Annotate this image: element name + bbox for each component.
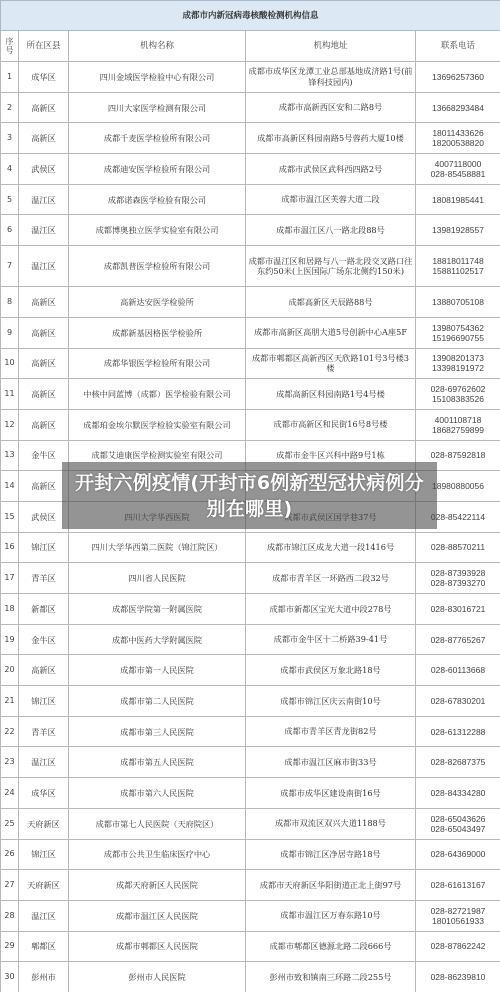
row-phone: 1881801174815881102517 bbox=[416, 246, 500, 287]
column-header-address: 机构地址 bbox=[246, 31, 416, 62]
row-phone: 028-84334280 bbox=[416, 778, 500, 809]
row-address: 成都高新区天辰路88号 bbox=[246, 287, 416, 318]
phone-number: 13398191972 bbox=[418, 363, 498, 373]
table-row: 25天府新区成都市第七人民医院（天府院区）成都市双流区双兴大道1188号028-… bbox=[1, 808, 500, 839]
table-row: 10高新区成都华银医学检验所有限公司成都市郫都区高新西区天欣路101号3号楼3楼… bbox=[1, 348, 500, 379]
row-seq: 25 bbox=[1, 808, 19, 839]
table-row: 20高新区成都市第一人民医院成都市武侯区万象北路18号028-60113668 bbox=[1, 655, 500, 686]
row-seq: 28 bbox=[1, 900, 19, 931]
phone-number: 028-82721987 bbox=[418, 906, 498, 916]
row-phone: 028-60113668 bbox=[416, 655, 500, 686]
phone-number: 028-67830201 bbox=[418, 696, 498, 706]
row-address: 成都市成华区龙潭工业总部基地成济路1号(前锋科技园内) bbox=[246, 62, 416, 93]
row-phone: 028-64369000 bbox=[416, 839, 500, 870]
row-phone: 028-61613167 bbox=[416, 870, 500, 901]
phone-number: 18011433626 bbox=[418, 128, 498, 138]
row-address: 成都市金牛区十二桥路39-41号 bbox=[246, 624, 416, 655]
row-seq: 4 bbox=[1, 154, 19, 185]
phone-number: 13880705108 bbox=[418, 297, 498, 307]
row-district: 成华区 bbox=[19, 62, 69, 93]
table-row: 6温江区成都博奥独立医学实验室有限公司成都市温江区八一路北段88号1398192… bbox=[1, 215, 500, 246]
row-phone: 4007118000028-85458881 bbox=[416, 154, 500, 185]
row-seq: 17 bbox=[1, 563, 19, 594]
row-seq: 19 bbox=[1, 624, 19, 655]
row-phone: 18081985441 bbox=[416, 184, 500, 215]
row-district: 温江区 bbox=[19, 246, 69, 287]
row-district: 锦江区 bbox=[19, 839, 69, 870]
row-district: 温江区 bbox=[19, 900, 69, 931]
row-phone: 028-82687375 bbox=[416, 747, 500, 778]
row-district: 高新区 bbox=[19, 92, 69, 123]
row-district: 郫都区 bbox=[19, 931, 69, 962]
row-seq: 3 bbox=[1, 123, 19, 154]
row-seq: 15 bbox=[1, 501, 19, 532]
row-phone: 13668293484 bbox=[416, 92, 500, 123]
row-institution-name: 成都市郫都区人民医院 bbox=[69, 931, 246, 962]
phone-number: 028-84334280 bbox=[418, 788, 498, 798]
phone-number: 028-64369000 bbox=[418, 849, 498, 859]
row-seq: 20 bbox=[1, 655, 19, 686]
phone-number: 028-86239810 bbox=[418, 972, 498, 982]
row-institution-name: 中核中同蓝博（成都）医学检验有限公司 bbox=[69, 379, 246, 410]
row-institution-name: 成都华银医学检验所有限公司 bbox=[69, 348, 246, 379]
phone-number: 18200538820 bbox=[418, 138, 498, 148]
row-address: 成都市锦江区庆云南街10号 bbox=[246, 686, 416, 717]
row-institution-name: 成都凯普医学检验所有限公司 bbox=[69, 246, 246, 287]
row-district: 高新区 bbox=[19, 379, 69, 410]
row-institution-name: 成都市第七人民医院（天府院区） bbox=[69, 808, 246, 839]
row-phone: 028-67830201 bbox=[416, 686, 500, 717]
row-institution-name: 成都市第五人民医院 bbox=[69, 747, 246, 778]
row-district: 高新区 bbox=[19, 317, 69, 348]
table-row: 27天府新区成都天府新区人民医院成都市天府新区华阳街道正北上街97号028-61… bbox=[1, 870, 500, 901]
phone-number: 028-65043497 bbox=[418, 824, 498, 834]
row-seq: 14 bbox=[1, 471, 19, 502]
row-seq: 13 bbox=[1, 440, 19, 471]
phone-number: 028-83016721 bbox=[418, 604, 498, 614]
phone-number: 4001108718 bbox=[418, 415, 498, 425]
row-seq: 22 bbox=[1, 716, 19, 747]
table-row: 29郫都区成都市郫都区人民医院成都市郫都区德源北路二段666号028-87862… bbox=[1, 931, 500, 962]
row-district: 金牛区 bbox=[19, 440, 69, 471]
phone-number: 18010561933 bbox=[418, 916, 498, 926]
row-address: 成都市成华区建设南街16号 bbox=[246, 778, 416, 809]
row-institution-name: 成都诺森医学检验有限公司 bbox=[69, 184, 246, 215]
table-row: 5温江区成都诺森医学检验有限公司成都市温江区芙蓉大道二段18081985441 bbox=[1, 184, 500, 215]
column-header-phone: 联系电话 bbox=[416, 31, 500, 62]
row-phone: 1398075436215196690755 bbox=[416, 317, 500, 348]
row-phone: 028-61312288 bbox=[416, 716, 500, 747]
row-institution-name: 四川大家医学检测有限公司 bbox=[69, 92, 246, 123]
row-institution-name: 成都珀金埃尔默医学检验实验室有限公司 bbox=[69, 409, 246, 440]
row-district: 高新区 bbox=[19, 348, 69, 379]
row-address: 成都市温江区万春东路10号 bbox=[246, 900, 416, 931]
row-phone: 028-87765267 bbox=[416, 624, 500, 655]
table-row: 17青羊区四川省人民医院成都市青羊区一环路西二段32号028-873939280… bbox=[1, 563, 500, 594]
row-seq: 26 bbox=[1, 839, 19, 870]
row-phone: 1801143362618200538820 bbox=[416, 123, 500, 154]
row-phone: 13696257360 bbox=[416, 62, 500, 93]
row-phone: 1390820137313398191972 bbox=[416, 348, 500, 379]
phone-number: 4007118000 bbox=[418, 159, 498, 169]
row-phone: 028-8272198718010561933 bbox=[416, 900, 500, 931]
phone-number: 18682759899 bbox=[418, 425, 498, 435]
table-row: 22青羊区成都市第三人民医院成都市青羊区青龙街82号028-61312288 bbox=[1, 716, 500, 747]
row-institution-name: 成都千麦医学检验所有限公司 bbox=[69, 123, 246, 154]
table-title: 成都市内新冠病毒核酸检测机构信息 bbox=[1, 1, 500, 31]
table-row: 18新都区成都医学院第一附属医院成都市新都区宝光大道中段278号028-8301… bbox=[1, 594, 500, 625]
row-address: 成都市青羊区一环路西二段32号 bbox=[246, 563, 416, 594]
row-district: 温江区 bbox=[19, 184, 69, 215]
table-row: 2高新区四川大家医学检测有限公司成都市高新西区安和二路8号13668293484 bbox=[1, 92, 500, 123]
row-address: 成都市温江区麻市街33号 bbox=[246, 747, 416, 778]
row-district: 高新区 bbox=[19, 409, 69, 440]
row-institution-name: 四川大学华西第二医院（锦江院区） bbox=[69, 532, 246, 563]
row-institution-name: 成都医学院第一附属医院 bbox=[69, 594, 246, 625]
phone-number: 13981928557 bbox=[418, 225, 498, 235]
table-header-row: 序号 所在区县 机构名称 机构地址 联系电话 bbox=[1, 31, 500, 62]
row-address: 成都市高新区高朋大道5号创新中心A座5F bbox=[246, 317, 416, 348]
row-address: 成都市新都区宝光大道中段278号 bbox=[246, 594, 416, 625]
table-row: 7温江区成都凯普医学检验所有限公司成都市温江区和居路与八一路北段交叉路口往东约5… bbox=[1, 246, 500, 287]
row-district: 锦江区 bbox=[19, 532, 69, 563]
row-district: 天府新区 bbox=[19, 808, 69, 839]
row-address: 成都市天府新区华阳街道正北上街97号 bbox=[246, 870, 416, 901]
table-row: 8高新区高新达安医学检验所成都高新区天辰路88号13880705108 bbox=[1, 287, 500, 318]
table-row: 16锦江区四川大学华西第二医院（锦江院区）成都市锦江区成龙大道一段1416号02… bbox=[1, 532, 500, 563]
table-row: 26锦江区成都市公共卫生临床医疗中心成都市锦江区净居寺路18号028-64369… bbox=[1, 839, 500, 870]
row-seq: 7 bbox=[1, 246, 19, 287]
row-phone: 028-83016721 bbox=[416, 594, 500, 625]
phone-number: 028-61613167 bbox=[418, 880, 498, 890]
row-seq: 24 bbox=[1, 778, 19, 809]
phone-number: 028-69762602 bbox=[418, 384, 498, 394]
row-address: 成都市武侯区万象北路18号 bbox=[246, 655, 416, 686]
row-seq: 11 bbox=[1, 379, 19, 410]
row-seq: 6 bbox=[1, 215, 19, 246]
phone-number: 13668293484 bbox=[418, 103, 498, 113]
row-institution-name: 成都中医药大学附属医院 bbox=[69, 624, 246, 655]
row-district: 温江区 bbox=[19, 215, 69, 246]
table-row: 30彭州市彭州市人民医院彭州市致和镇南三环路二段255号028-86239810 bbox=[1, 962, 500, 992]
row-address: 成都市郫都区德源北路二段666号 bbox=[246, 931, 416, 962]
row-seq: 27 bbox=[1, 870, 19, 901]
row-address: 成都市高新西区安和二路8号 bbox=[246, 92, 416, 123]
row-phone: 13981928557 bbox=[416, 215, 500, 246]
row-seq: 10 bbox=[1, 348, 19, 379]
row-seq: 18 bbox=[1, 594, 19, 625]
row-phone: 13880705108 bbox=[416, 287, 500, 318]
row-district: 武侯区 bbox=[19, 501, 69, 532]
row-district: 锦江区 bbox=[19, 686, 69, 717]
row-institution-name: 高新达安医学检验所 bbox=[69, 287, 246, 318]
row-institution-name: 四川省人民医院 bbox=[69, 563, 246, 594]
row-phone: 028-6976260215108383526 bbox=[416, 379, 500, 410]
phone-number: 028-87862242 bbox=[418, 941, 498, 951]
row-district: 成华区 bbox=[19, 778, 69, 809]
phone-number: 15196690755 bbox=[418, 333, 498, 343]
phone-number: 028-87765267 bbox=[418, 635, 498, 645]
row-address: 成都市双流区双兴大道1188号 bbox=[246, 808, 416, 839]
row-institution-name: 成都市第一人民医院 bbox=[69, 655, 246, 686]
row-district: 温江区 bbox=[19, 747, 69, 778]
row-seq: 23 bbox=[1, 747, 19, 778]
row-institution-name: 成都新基因格医学检验所 bbox=[69, 317, 246, 348]
row-institution-name: 成都市第三人民医院 bbox=[69, 716, 246, 747]
table-row: 4武侯区成都迪安医学检验所有限公司成都市武侯区武科西四路2号4007118000… bbox=[1, 154, 500, 185]
table-row: 28温江区成都市温江区人民医院成都市温江区万春东路10号028-82721987… bbox=[1, 900, 500, 931]
phone-number: 028-88570211 bbox=[418, 542, 498, 552]
phone-number: 13980754362 bbox=[418, 323, 498, 333]
phone-number: 028-61312288 bbox=[418, 727, 498, 737]
table-row: 11高新区中核中同蓝博（成都）医学检验有限公司成都高新区科园南路1号4号楼028… bbox=[1, 379, 500, 410]
phone-number: 15108383526 bbox=[418, 394, 498, 404]
table-row: 21锦江区成都市第二人民医院成都市锦江区庆云南街10号028-67830201 bbox=[1, 686, 500, 717]
row-district: 天府新区 bbox=[19, 870, 69, 901]
table-row: 23温江区成都市第五人民医院成都市温江区麻市街33号028-82687375 bbox=[1, 747, 500, 778]
table-row: 9高新区成都新基因格医学检验所成都市高新区高朋大道5号创新中心A座5F13980… bbox=[1, 317, 500, 348]
phone-number: 13908201373 bbox=[418, 353, 498, 363]
row-address: 成都市高新区和民街16号8号楼 bbox=[246, 409, 416, 440]
phone-number: 15881102517 bbox=[418, 266, 498, 276]
row-district: 青羊区 bbox=[19, 716, 69, 747]
row-seq: 29 bbox=[1, 931, 19, 962]
row-seq: 12 bbox=[1, 409, 19, 440]
table-row: 3高新区成都千麦医学检验所有限公司成都市高新区科园南路5号蓉药大厦10楼1801… bbox=[1, 123, 500, 154]
row-seq: 5 bbox=[1, 184, 19, 215]
row-seq: 30 bbox=[1, 962, 19, 992]
row-phone: 028-87393928028-87393270 bbox=[416, 563, 500, 594]
row-institution-name: 成都博奥独立医学实验室有限公司 bbox=[69, 215, 246, 246]
row-address: 成都高新区科园南路1号4号楼 bbox=[246, 379, 416, 410]
row-address: 成都市武侯区武科西四路2号 bbox=[246, 154, 416, 185]
row-address: 成都市温江区和居路与八一路北段交叉路口往东约50米(上医国际广场东北侧约150米… bbox=[246, 246, 416, 287]
row-institution-name: 成都市第二人民医院 bbox=[69, 686, 246, 717]
row-district: 武侯区 bbox=[19, 154, 69, 185]
row-district: 高新区 bbox=[19, 471, 69, 502]
row-address: 成都市高新区科园南路5号蓉药大厦10楼 bbox=[246, 123, 416, 154]
row-district: 高新区 bbox=[19, 655, 69, 686]
row-district: 高新区 bbox=[19, 287, 69, 318]
caption-overlay: 开封六例疫情(开封市6例新型冠状病例分别在哪里) bbox=[62, 462, 437, 529]
column-header-seq: 序号 bbox=[1, 31, 19, 62]
table-row: 19金牛区成都中医药大学附属医院成都市金牛区十二桥路39-41号028-8776… bbox=[1, 624, 500, 655]
row-address: 成都市锦江区净居寺路18号 bbox=[246, 839, 416, 870]
phone-number: 028-87592818 bbox=[418, 450, 498, 460]
table-row: 1成华区四川金域医学检验中心有限公司成都市成华区龙潭工业总部基地成济路1号(前锋… bbox=[1, 62, 500, 93]
phone-number: 13696257360 bbox=[418, 72, 498, 82]
row-address: 成都市郫都区高新西区天欣路101号3号楼3楼 bbox=[246, 348, 416, 379]
phone-number: 18081985441 bbox=[418, 195, 498, 205]
phone-number: 028-87393928 bbox=[418, 568, 498, 578]
row-address: 成都市青羊区青龙街82号 bbox=[246, 716, 416, 747]
row-institution-name: 四川金域医学检验中心有限公司 bbox=[69, 62, 246, 93]
row-institution-name: 成都市第六人民医院 bbox=[69, 778, 246, 809]
row-district: 青羊区 bbox=[19, 563, 69, 594]
row-institution-name: 成都市公共卫生临床医疗中心 bbox=[69, 839, 246, 870]
row-district: 新都区 bbox=[19, 594, 69, 625]
row-institution-name: 成都迪安医学检验所有限公司 bbox=[69, 154, 246, 185]
phone-number: 028-87393270 bbox=[418, 578, 498, 588]
row-seq: 2 bbox=[1, 92, 19, 123]
row-phone: 028-88570211 bbox=[416, 532, 500, 563]
row-address: 成都市锦江区成龙大道一段1416号 bbox=[246, 532, 416, 563]
column-header-district: 所在区县 bbox=[19, 31, 69, 62]
row-seq: 1 bbox=[1, 62, 19, 93]
row-address: 成都市温江区芙蓉大道二段 bbox=[246, 184, 416, 215]
table-title-row: 成都市内新冠病毒核酸检测机构信息 bbox=[1, 1, 500, 31]
row-district: 高新区 bbox=[19, 123, 69, 154]
table-row: 12高新区成都珀金埃尔默医学检验实验室有限公司成都市高新区和民街16号8号楼40… bbox=[1, 409, 500, 440]
row-phone: 400110871818682759899 bbox=[416, 409, 500, 440]
row-address: 彭州市致和镇南三环路二段255号 bbox=[246, 962, 416, 992]
row-institution-name: 成都市温江区人民医院 bbox=[69, 900, 246, 931]
row-seq: 8 bbox=[1, 287, 19, 318]
row-phone: 028-65043626028-65043497 bbox=[416, 808, 500, 839]
row-seq: 16 bbox=[1, 532, 19, 563]
row-district: 彭州市 bbox=[19, 962, 69, 992]
phone-number: 18818011748 bbox=[418, 256, 498, 266]
row-seq: 21 bbox=[1, 686, 19, 717]
row-address: 成都市温江区八一路北段88号 bbox=[246, 215, 416, 246]
phone-number: 028-65043626 bbox=[418, 814, 498, 824]
row-phone: 028-87862242 bbox=[416, 931, 500, 962]
row-seq: 9 bbox=[1, 317, 19, 348]
row-district: 金牛区 bbox=[19, 624, 69, 655]
row-institution-name: 彭州市人民医院 bbox=[69, 962, 246, 992]
table-row: 24成华区成都市第六人民医院成都市成华区建设南街16号028-84334280 bbox=[1, 778, 500, 809]
phone-number: 028-85458881 bbox=[418, 169, 498, 179]
caption-text: 开封六例疫情(开封市6例新型冠状病例分别在哪里) bbox=[66, 470, 433, 522]
row-institution-name: 成都天府新区人民医院 bbox=[69, 870, 246, 901]
phone-number: 028-60113668 bbox=[418, 665, 498, 675]
phone-number: 028-82687375 bbox=[418, 757, 498, 767]
column-header-name: 机构名称 bbox=[69, 31, 246, 62]
row-phone: 028-86239810 bbox=[416, 962, 500, 992]
